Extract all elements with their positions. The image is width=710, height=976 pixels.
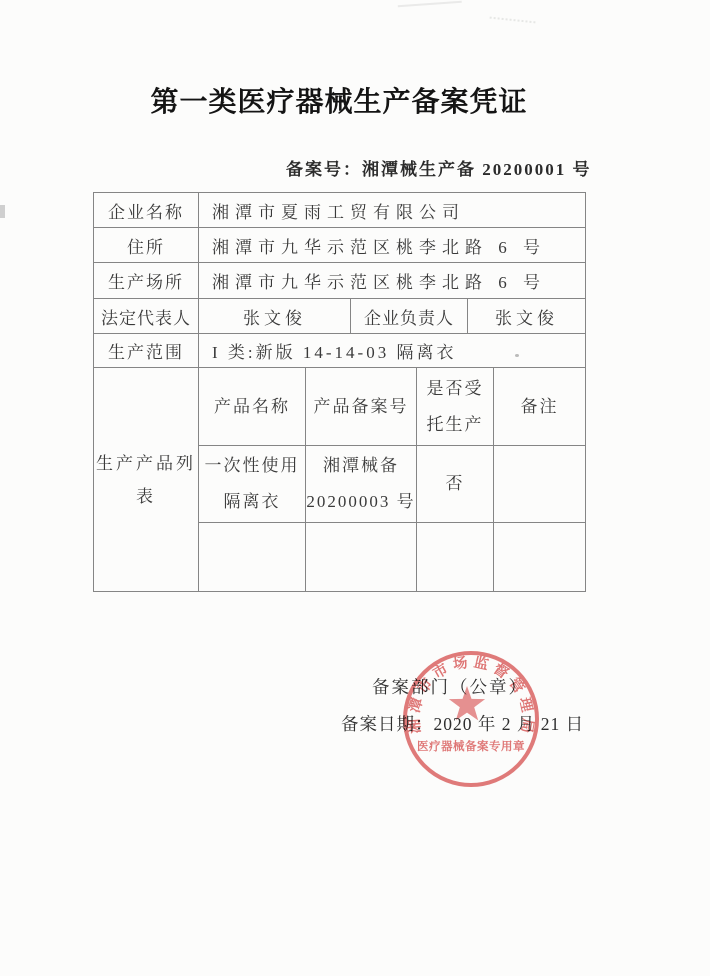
legal-rep-label: 法定代表人 [94, 299, 199, 334]
company-name-label: 企业名称 [94, 193, 199, 228]
table-row: 企业名称 湘潭市夏雨工贸有限公司 [94, 193, 586, 228]
residence-value: 湘潭市九华示范区桃李北路 6 号 [199, 228, 586, 263]
filing-table: 企业名称 湘潭市夏雨工贸有限公司 住所 湘潭市九华示范区桃李北路 6 号 生产场… [93, 192, 586, 592]
seal-bottom-text: 医疗器械备案专用章 [417, 739, 525, 753]
product-name-value: 一次性使用 隔离衣 [199, 446, 306, 523]
product-filing-no-header: 产品备案号 [306, 368, 417, 446]
product-name-header: 产品名称 [199, 368, 306, 446]
remark-value [494, 446, 586, 523]
production-scope-value: I 类:新版 14-14-03 隔离衣 [199, 334, 586, 368]
table-row: 生产范围 I 类:新版 14-14-03 隔离衣 [94, 334, 586, 368]
seal-arc-text: 湘潭市市场监督管理局 [405, 653, 537, 740]
official-seal: 湘潭市市场监督管理局 医疗器械备案专用章 [401, 649, 541, 789]
empty-cell [417, 523, 494, 592]
empty-cell [199, 523, 306, 592]
empty-cell [306, 523, 417, 592]
product-filing-no-value: 湘潭械备 20200003 号 [306, 446, 417, 523]
certificate-page: 第一类医疗器械生产备案凭证 备案号：湘潭械生产备 20200001 号 企业名称… [0, 0, 710, 976]
scan-smudge [490, 8, 537, 24]
legal-rep-value: 张文俊 [199, 299, 351, 334]
empty-cell [494, 523, 586, 592]
table-row: 住所 湘潭市九华示范区桃李北路 6 号 [94, 228, 586, 263]
company-name-value: 湘潭市夏雨工贸有限公司 [199, 193, 586, 228]
filing-number: 备案号：湘潭械生产备 20200001 号 [286, 155, 592, 180]
scan-edge-mark [0, 205, 5, 218]
entrusted-production-value: 否 [417, 446, 494, 523]
entrusted-production-header: 是否受 托生产 [417, 368, 494, 446]
production-site-value: 湘潭市九华示范区桃李北路 6 号 [199, 263, 586, 299]
product-header-row: 生产产品列 表 产品名称 产品备案号 是否受 托生产 备注 [94, 368, 586, 446]
certificate-title: 第一类医疗器械生产备案凭证 [93, 80, 585, 120]
scan-smudge [398, 1, 462, 14]
residence-label: 住所 [94, 228, 199, 263]
enterprise-manager-label: 企业负责人 [351, 299, 468, 334]
remark-header: 备注 [494, 368, 586, 446]
seal-ring [405, 653, 537, 785]
product-list-label: 生产产品列 表 [94, 368, 199, 592]
production-site-label: 生产场所 [94, 263, 199, 299]
seal-star-icon [449, 686, 485, 720]
table-row: 法定代表人 张文俊 企业负责人 张文俊 [94, 299, 586, 334]
production-scope-label: 生产范围 [94, 334, 199, 368]
enterprise-manager-value: 张文俊 [468, 299, 586, 334]
table-row: 生产场所 湘潭市九华示范区桃李北路 6 号 [94, 263, 586, 299]
